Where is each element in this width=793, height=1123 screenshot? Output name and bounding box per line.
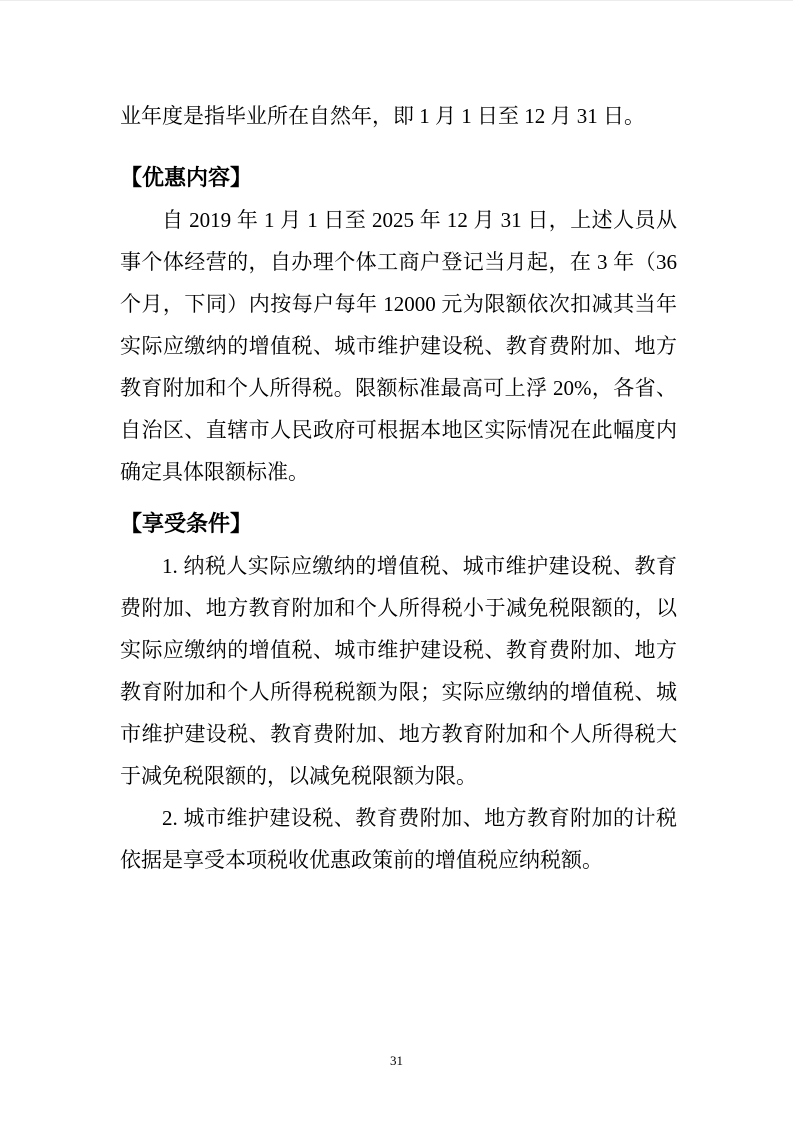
body-text-line: 自 2019 年 1 月 1 日至 2025 年 12 月 31 日，上述人员从 xyxy=(120,199,677,241)
body-text-line: 费附加、地方教育附加和个人所得税小于减免税限额的，以 xyxy=(120,587,677,629)
body-text-line: 自治区、直辖市人民政府可根据本地区实际情况在此幅度内 xyxy=(120,409,677,451)
body-text-line: 教育附加和个人所得税税额为限；实际应缴纳的增值税、城 xyxy=(120,671,677,713)
paragraph-preferential-content: 自 2019 年 1 月 1 日至 2025 年 12 月 31 日，上述人员从… xyxy=(120,199,677,493)
body-text-line: 实际应缴纳的增值税、城市维护建设税、教育费附加、地方 xyxy=(120,629,677,671)
body-text-line: 市维护建设税、教育费附加、地方教育附加和个人所得税大 xyxy=(120,713,677,755)
body-text-line: 确定具体限额标准。 xyxy=(120,451,677,493)
body-text-line: 依据是享受本项税收优惠政策前的增值税应纳税额。 xyxy=(120,839,677,881)
intro-continuation-line: 业年度是指毕业所在自然年，即 1 月 1 日至 12 月 31 日。 xyxy=(120,95,677,137)
body-text-line: 个月，下同）内按每户每年 12000 元为限额依次扣减其当年 xyxy=(120,283,677,325)
document-page: 业年度是指毕业所在自然年，即 1 月 1 日至 12 月 31 日。 【优惠内容… xyxy=(0,0,793,1123)
body-text-line: 1. 纳税人实际应缴纳的增值税、城市维护建设税、教育 xyxy=(120,545,677,587)
body-text-line: 事个体经营的，自办理个体工商户登记当月起，在 3 年（36 xyxy=(120,241,677,283)
section-heading-eligibility-conditions: 【享受条件】 xyxy=(120,503,677,545)
paragraph-condition-2: 2. 城市维护建设税、教育费附加、地方教育附加的计税 依据是享受本项税收优惠政策… xyxy=(120,797,677,881)
body-text-line: 实际应缴纳的增值税、城市维护建设税、教育费附加、地方 xyxy=(120,325,677,367)
body-text-line: 于减免税限额的，以减免税限额为限。 xyxy=(120,755,677,797)
section-heading-preferential-content: 【优惠内容】 xyxy=(120,157,677,199)
paragraph-condition-1: 1. 纳税人实际应缴纳的增值税、城市维护建设税、教育 费附加、地方教育附加和个人… xyxy=(120,545,677,797)
body-text-line: 2. 城市维护建设税、教育费附加、地方教育附加的计税 xyxy=(120,797,677,839)
document-body: 业年度是指毕业所在自然年，即 1 月 1 日至 12 月 31 日。 【优惠内容… xyxy=(120,95,677,881)
body-text-line: 教育附加和个人所得税。限额标准最高可上浮 20%，各省、 xyxy=(120,367,677,409)
page-number: 31 xyxy=(0,1051,793,1071)
